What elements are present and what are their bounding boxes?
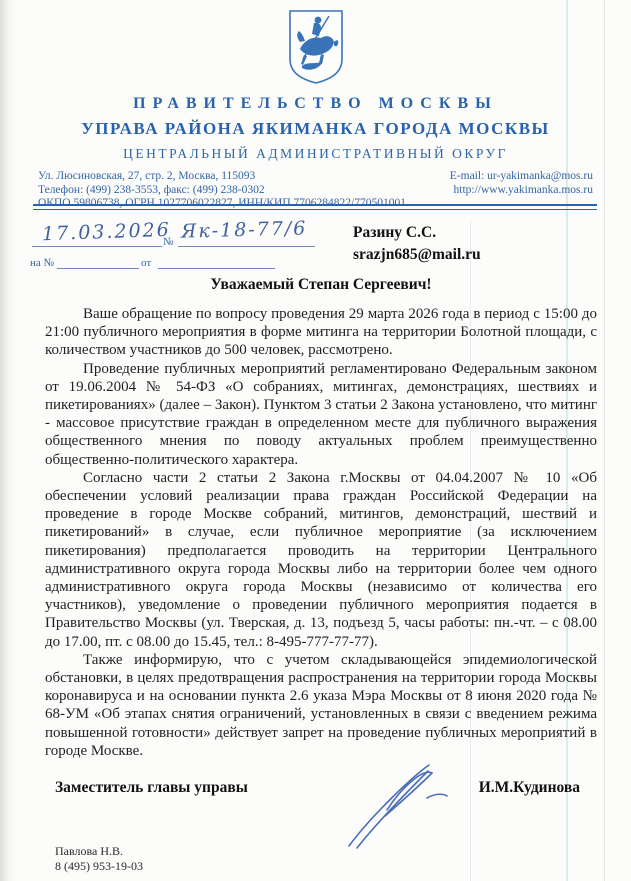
contact-address: Ул. Люсиновская, 27, стр. 2, Москва, 115… [38, 170, 418, 184]
number-label: № [163, 236, 174, 248]
paragraph: Согласно части 2 статьи 2 Закона г.Москв… [45, 469, 597, 651]
signature-row: Заместитель главы управы И.М.Кудинова [55, 779, 580, 797]
paragraph: Проведение публичных мероприятий регламе… [45, 360, 597, 469]
salutation: Уважаемый Степан Сергеевич! [45, 276, 597, 294]
number-underline [178, 246, 315, 247]
handwritten-signature [335, 758, 450, 853]
addressee-block: Разину С.С. srazjn685@mail.ru [353, 222, 481, 266]
scanned-letter-page: ПРАВИТЕЛЬСТВО МОСКВЫ УПРАВА РАЙОНА ЯКИМА… [0, 0, 631, 881]
addressee-name: Разину С.С. [353, 222, 481, 244]
executor-phone: 8 (495) 953-19-03 [55, 859, 143, 874]
department-title: УПРАВА РАЙОНА ЯКИМАНКА ГОРОДА МОСКВЫ [0, 119, 631, 139]
reply-number-label: на № [30, 257, 54, 269]
signer-name: И.М.Кудинова [479, 779, 580, 797]
letterhead-divider [33, 204, 597, 210]
contact-website: http://www.yakimanka.mos.ru [373, 184, 593, 198]
contact-phone-fax: Телефон: (499) 238-3553, факс: (499) 238… [38, 184, 418, 198]
reply-number-underline [57, 268, 139, 269]
executor-name: Павлова Н.В. [55, 844, 143, 859]
reply-date-label: от [141, 257, 151, 269]
executor-block: Павлова Н.В. 8 (495) 953-19-03 [55, 844, 143, 873]
paragraph: Ваше обращение по вопросу проведения 29 … [45, 305, 597, 360]
handwritten-outgoing-number: Як-18-77/6 [181, 217, 308, 242]
contact-block-right: E-mail: ur-yakimanka@mos.ru http://www.y… [373, 170, 593, 197]
district-title: ЦЕНТРАЛЬНЫЙ АДМИНИСТРАТИВНЫЙ ОКРУГ [0, 146, 631, 162]
paragraph: Также информирую, что с учетом складываю… [45, 651, 597, 760]
moscow-coat-of-arms-icon [288, 9, 344, 85]
addressee-email: srazjn685@mail.ru [353, 244, 481, 266]
government-title: ПРАВИТЕЛЬСТВО МОСКВЫ [0, 95, 631, 113]
signer-position: Заместитель главы управы [55, 779, 248, 797]
contact-email: E-mail: ur-yakimanka@mos.ru [373, 170, 593, 184]
date-underline [32, 246, 162, 247]
letter-body: Ваше обращение по вопросу проведения 29 … [45, 305, 597, 760]
reply-date-underline [158, 268, 275, 269]
handwritten-date: 17.03.2026 [42, 219, 171, 245]
